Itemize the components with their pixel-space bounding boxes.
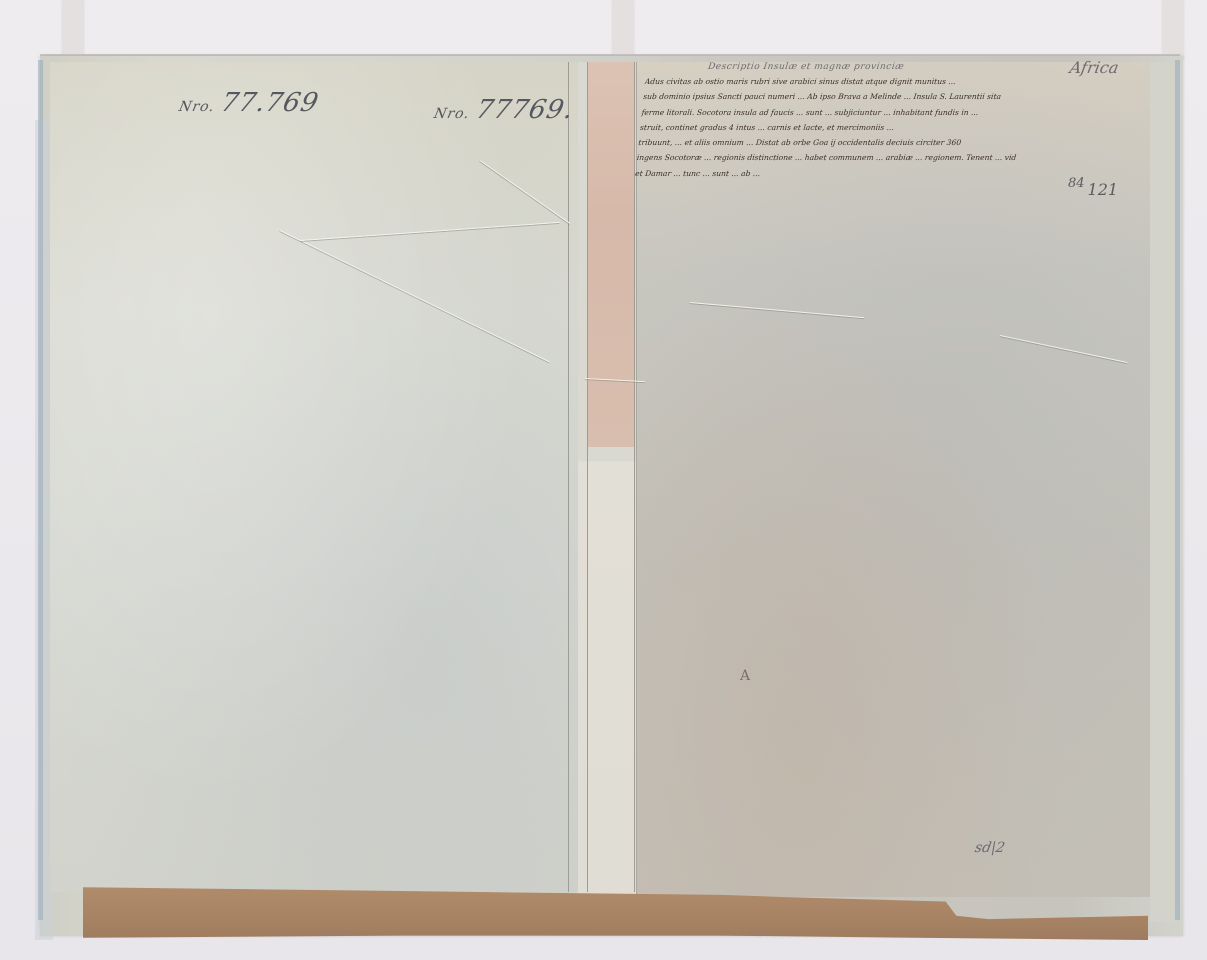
folio-mark-main: 121 <box>1088 180 1119 199</box>
gutter-fold-line <box>587 62 588 892</box>
manuscript-line: struit, continet gradus 4 intus ... carn… <box>639 120 1156 135</box>
folio-number: 84121 <box>1068 180 1118 199</box>
gutter-fold-line <box>568 62 569 892</box>
hinge-tape-left <box>62 0 84 60</box>
inventory-prefix: Nro. <box>177 99 216 115</box>
right-margin-strip <box>1150 62 1174 922</box>
manuscript-line: sub dominio ipsius Sancti pauci numeri .… <box>642 89 1159 104</box>
pencil-mark-bottom: sd|2 <box>974 840 1007 856</box>
hinge-tape-right <box>1162 0 1184 60</box>
left-edge-blue-tint <box>38 60 43 920</box>
manuscript-line: Adus civitas ab ostio maris rubri sive a… <box>644 74 1161 89</box>
gutter-fold-line <box>634 62 635 892</box>
manuscript-line: ingens Socotoræ ... regionis distinction… <box>636 150 1153 165</box>
manuscript-text-block: Adus civitas ab ostio maris rubri sive a… <box>634 74 1160 181</box>
inventory-number-left: Nro.77.769 <box>177 88 322 118</box>
gutter-pink-stain <box>588 62 634 447</box>
manuscript-line: ferme litorali. Socotora insula ad fauci… <box>641 105 1158 120</box>
folio-mark-small: 84 <box>1068 176 1085 191</box>
right-edge-blue-tint <box>1175 60 1180 920</box>
hinge-tape-center <box>612 0 634 60</box>
manuscript-line: tribuunt, ... et aliis omnium ... Distat… <box>638 135 1155 150</box>
inventory-value: 77769. <box>473 95 576 125</box>
left-leaf <box>50 62 586 892</box>
inventory-prefix: Nro. <box>432 106 471 122</box>
faint-letter: A <box>740 668 750 684</box>
manuscript-title: Descriptio Insulæ et magnæ provinciæ <box>707 62 904 72</box>
inventory-number-right: Nro.77769. <box>432 95 577 125</box>
inventory-value: 77.769 <box>218 88 321 118</box>
